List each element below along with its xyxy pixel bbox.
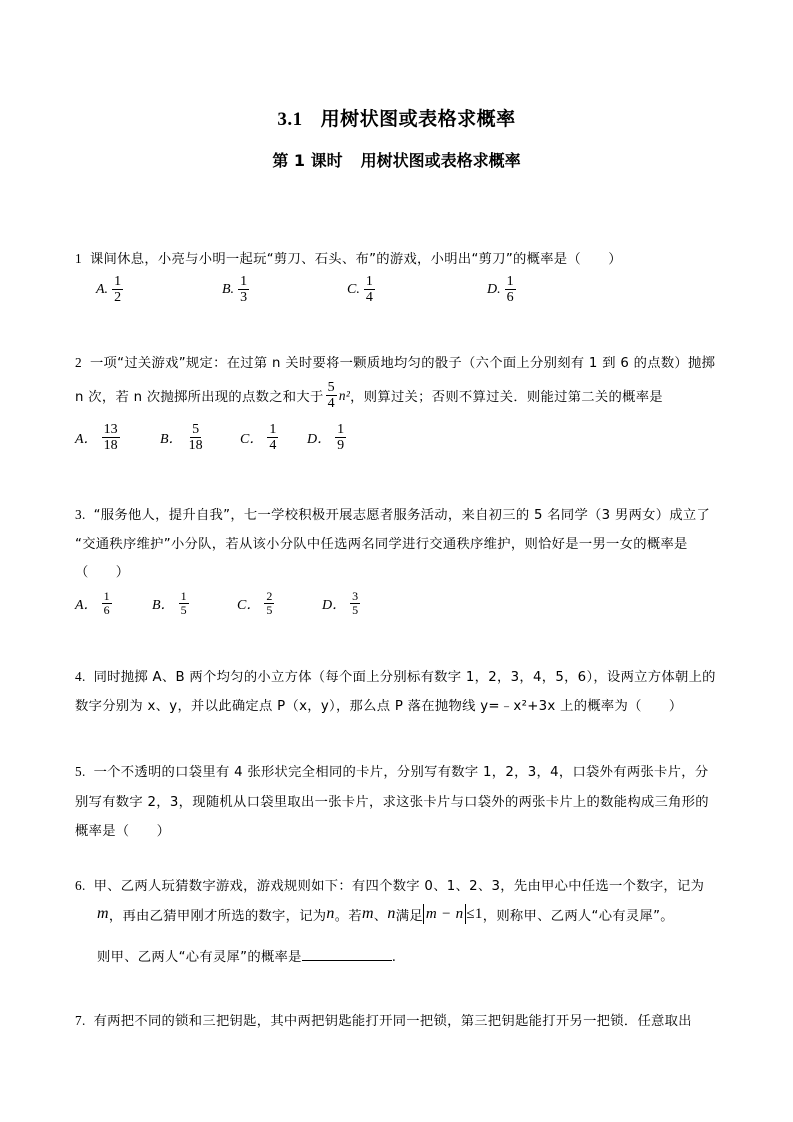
fraction: 12	[112, 274, 123, 305]
section-title: 3.1用树状图或表格求概率	[0, 104, 793, 131]
option-a: A. 12	[96, 274, 125, 305]
question-text: 甲、乙两人玩猜数字游戏，游戏规则如下：有四个数字 0、1、2、3，先由甲心中任选…	[94, 879, 705, 894]
lesson-number: 第 1 课时	[272, 151, 342, 170]
fraction: 54	[326, 380, 337, 411]
option-a: A． 16	[75, 590, 114, 617]
question-text: 一项“过关游戏”规定：在过第 n 关时要将一颗质地均匀的骰子（六个面上分别刻有 …	[90, 356, 715, 371]
fraction: 16	[505, 274, 516, 305]
question-5: 5.一个不透明的口袋里有 4 张形状完全相同的卡片，分别写有数字 1，2，3，4…	[75, 761, 708, 780]
option-b: B. 13	[222, 274, 251, 305]
question-text: “服务他人，提升自我”，七一学校积极开展志愿者服务活动，来自初三的 5 名同学（…	[94, 508, 711, 523]
question-6-line-3: 则甲、乙两人“心有灵犀”的概率是.	[97, 946, 396, 965]
question-number: 1	[75, 251, 82, 266]
fraction: 35	[350, 590, 360, 617]
option-b: B． 15	[152, 590, 191, 617]
fraction: 14	[364, 274, 375, 305]
option-c: C． 25	[237, 590, 276, 617]
question-number: 5.	[75, 764, 86, 779]
option-d: D． 19	[307, 422, 348, 453]
question-6: 6.甲、乙两人玩猜数字游戏，游戏规则如下：有四个数字 0、1、2、3，先由甲心中…	[75, 875, 704, 894]
option-a: A． 1318	[75, 422, 122, 453]
option-c: C. 14	[347, 274, 377, 305]
question-number: 7.	[75, 1013, 86, 1028]
question-2: 2一项“过关游戏”规定：在过第 n 关时要将一颗质地均匀的骰子（六个面上分别刻有…	[75, 352, 715, 371]
section-title-text: 用树状图或表格求概率	[321, 108, 516, 130]
option-d: D． 35	[322, 590, 362, 617]
fraction: 1318	[102, 422, 120, 453]
question-5-line-3: 概率是（ ）	[75, 820, 170, 839]
question-7: 7.有两把不同的锁和三把钥匙，其中两把钥匙能打开同一把锁，第三把钥匙能打开另一把…	[75, 1010, 692, 1029]
fraction: 19	[335, 422, 346, 453]
fraction: 16	[102, 590, 112, 617]
question-number: 2	[75, 355, 82, 370]
fraction: 15	[179, 590, 189, 617]
question-number: 4.	[75, 669, 86, 684]
fraction: 25	[264, 590, 274, 617]
absolute-value-expression: m − n	[423, 904, 466, 924]
question-4-line-2: 数字分别为 x、y，并以此确定点 P（x，y），那么点 P 落在抛物线 y=﹣x…	[75, 695, 683, 714]
lesson-subtitle: 第 1 课时用树状图或表格求概率	[0, 148, 793, 171]
fraction: 13	[238, 274, 249, 305]
question-text: 课间休息，小亮与小明一起玩“剪刀、石头、布”的游戏，小明出“剪刀”的概率是（ ）	[90, 252, 622, 267]
question-2-line-2: n 次，若 n 次抛掷所出现的点数之和大于 54 n² ，则算过关；否则不算过关…	[75, 380, 663, 411]
question-5-line-2: 别写有数字 2，3，现随机从口袋里取出一张卡片，求这张卡片与口袋外的两张卡片上的…	[75, 791, 709, 810]
question-number: 3.	[75, 507, 86, 522]
question-text: 一个不透明的口袋里有 4 张形状完全相同的卡片，分别写有数字 1，2，3，4，口…	[94, 765, 709, 780]
question-3-line-2: “交通秩序维护”小分队，若从该小分队中任选两名同学进行交通秩序维护，则恰好是一男…	[75, 533, 688, 552]
question-4: 4.同时抛掷 A、B 两个均匀的小立方体（每个面上分别标有数字 1，2，3，4，…	[75, 666, 716, 685]
option-d: D. 16	[487, 274, 518, 305]
fraction: 518	[187, 422, 205, 453]
lesson-title: 用树状图或表格求概率	[361, 151, 521, 170]
fraction: 14	[267, 422, 278, 453]
question-3-line-3: （ ）	[75, 561, 129, 580]
answer-blank[interactable]	[302, 948, 392, 961]
question-6-line-2: m ，再由乙猜甲刚才所选的数字，记为 n 。若 m 、 n 满足 m − n ≤…	[97, 904, 674, 924]
question-number: 6.	[75, 878, 86, 893]
option-c: C． 14	[240, 422, 280, 453]
section-number: 3.1	[277, 109, 302, 130]
question-text: 有两把不同的锁和三把钥匙，其中两把钥匙能打开同一把锁，第三把钥匙能打开另一把锁．…	[94, 1014, 692, 1029]
question-1: 1课间休息，小亮与小明一起玩“剪刀、石头、布”的游戏，小明出“剪刀”的概率是（ …	[75, 248, 622, 267]
question-3: 3.“服务他人，提升自我”，七一学校积极开展志愿者服务活动，来自初三的 5 名同…	[75, 504, 710, 523]
option-b: B． 518	[160, 422, 207, 453]
question-text: 同时抛掷 A、B 两个均匀的小立方体（每个面上分别标有数字 1，2，3，4，5，…	[94, 670, 716, 685]
